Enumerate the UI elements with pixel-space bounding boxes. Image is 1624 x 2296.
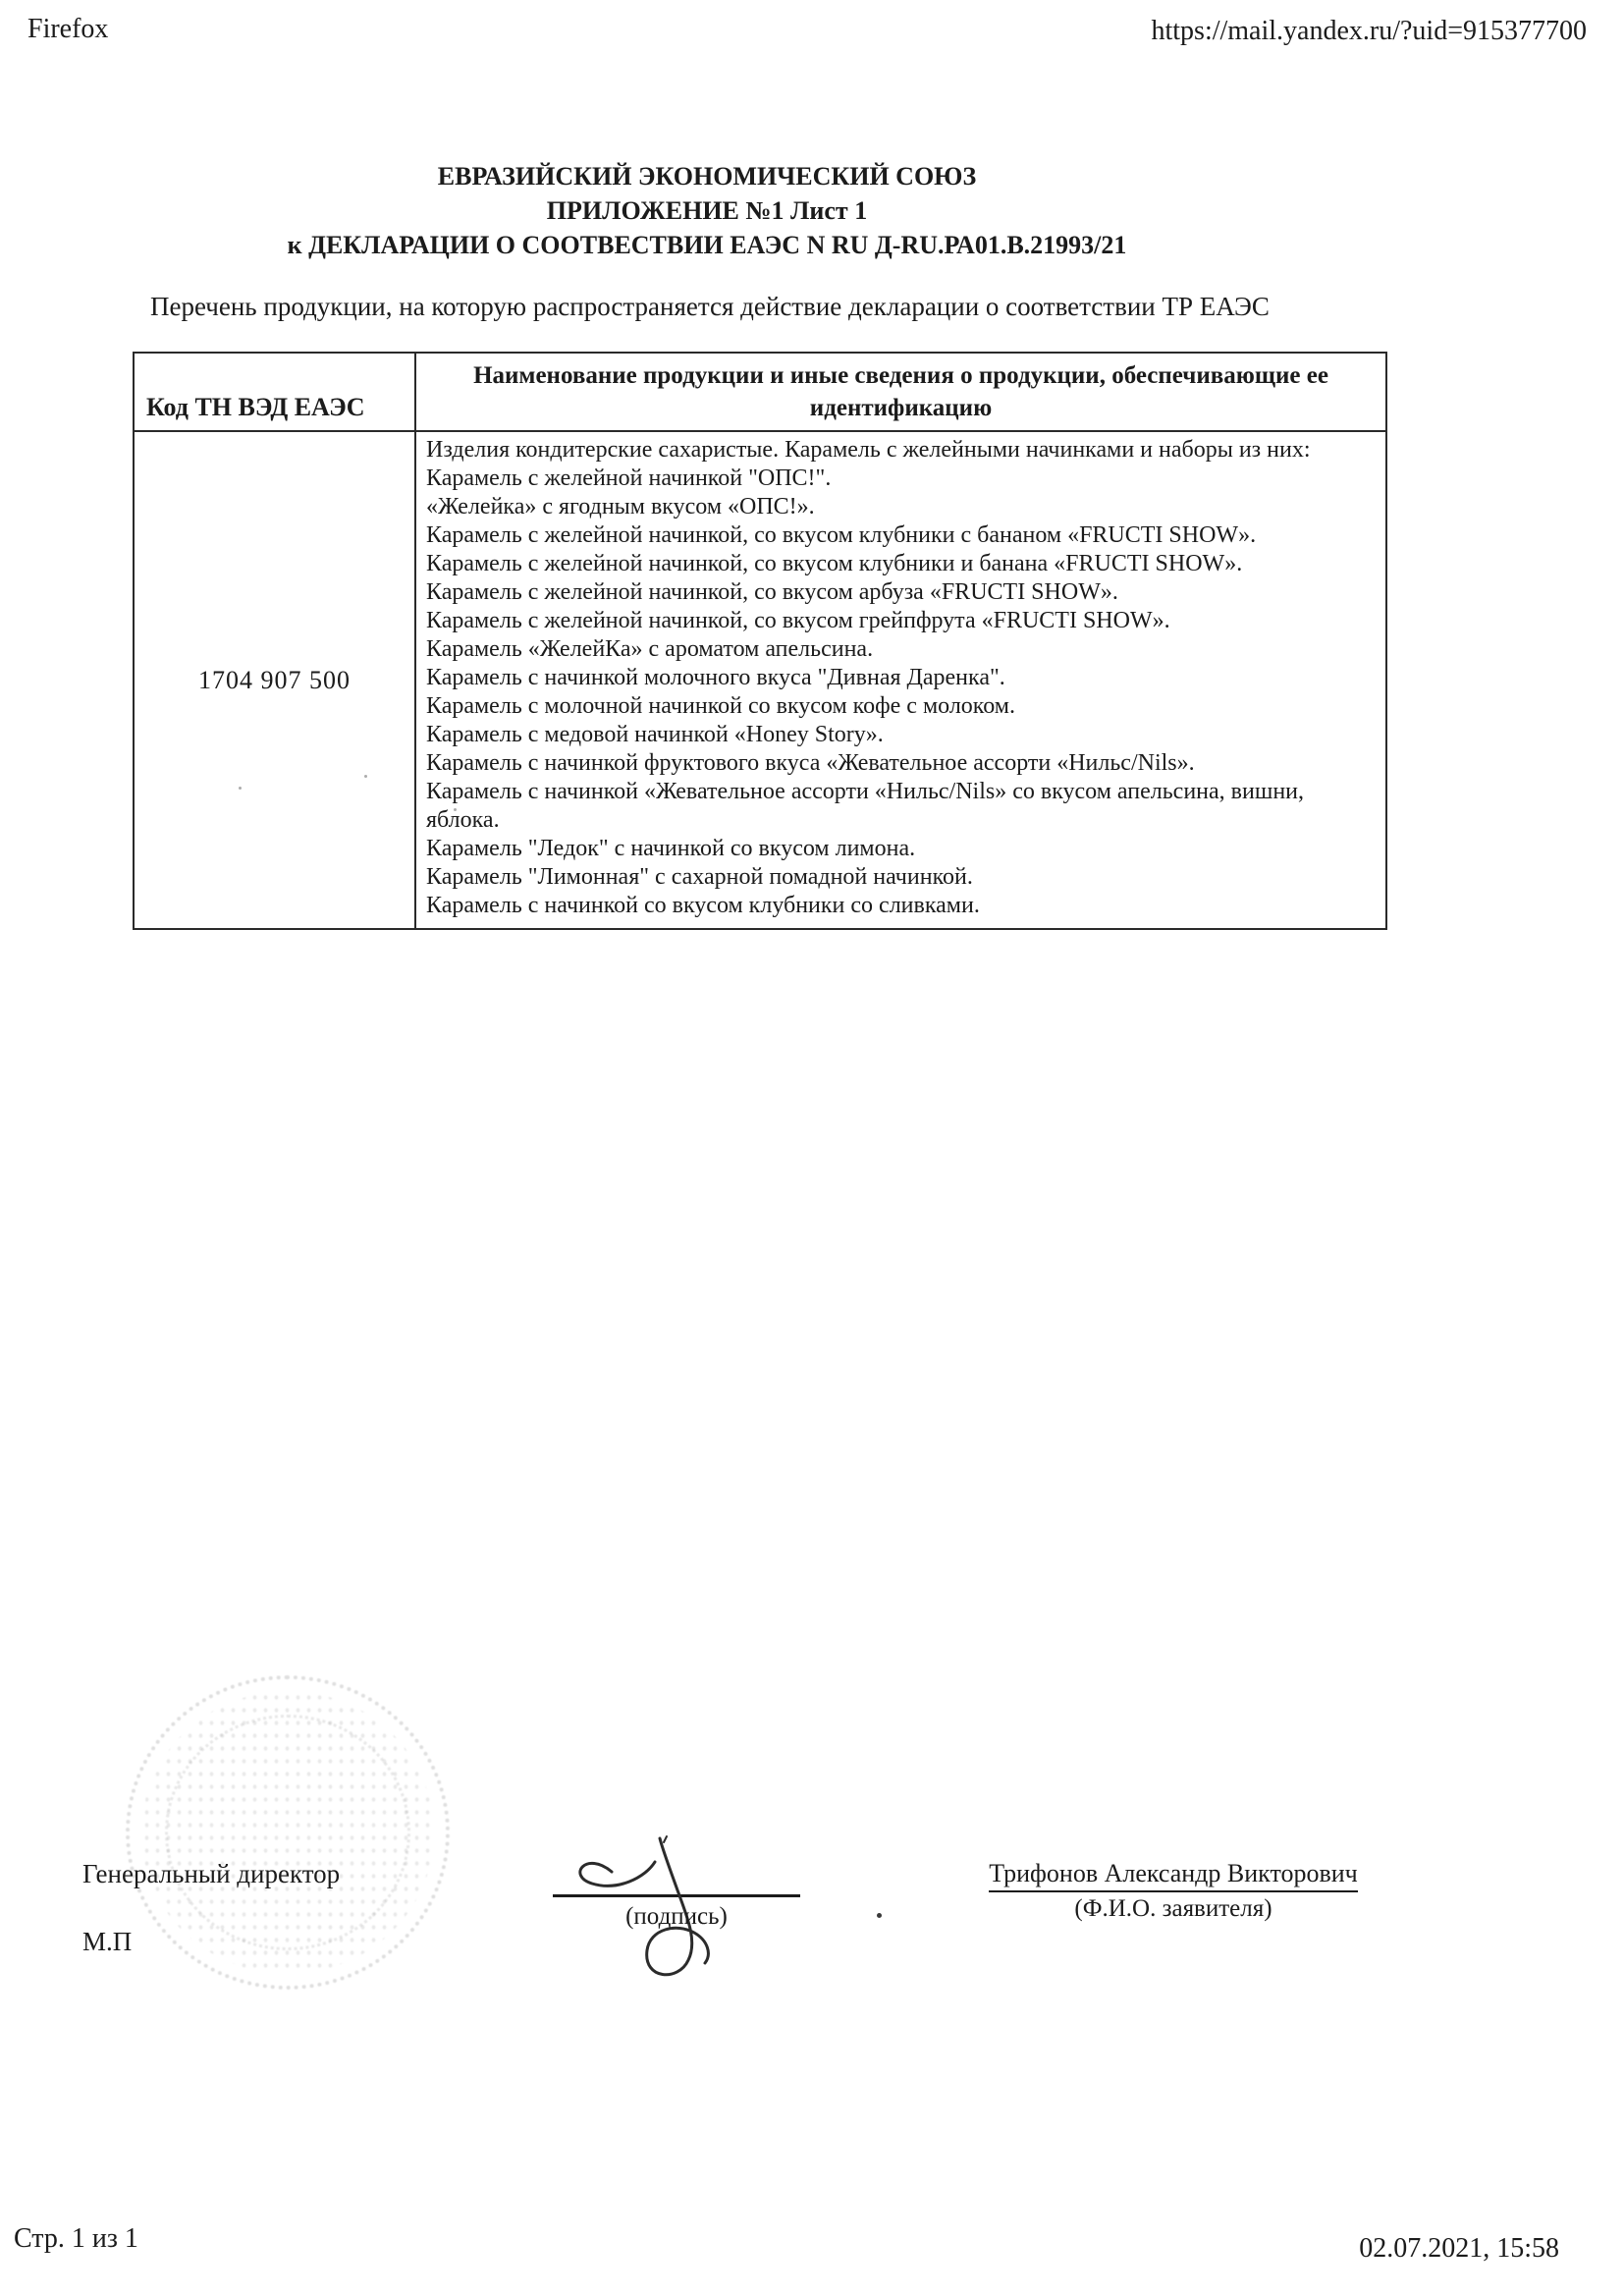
browser-app-label: Firefox — [27, 14, 108, 45]
table-header-row: Код ТН ВЭД ЕАЭС Наименование продукции и… — [135, 354, 1385, 432]
document-page: { "page": { "app_name": "Firefox", "url"… — [0, 0, 1624, 2296]
product-line: Карамель с молочной начинкой со вкусом к… — [426, 692, 1376, 721]
product-list: Изделия кондитерские сахаристые. Карамел… — [416, 432, 1385, 928]
product-table: Код ТН ВЭД ЕАЭС Наименование продукции и… — [133, 352, 1387, 930]
header-name-column: Наименование продукции и иные сведения о… — [416, 354, 1385, 430]
product-line: Карамель с начинкой «Жевательное ассорти… — [426, 778, 1376, 835]
product-line: Карамель с медовой начинкой «Honey Story… — [426, 721, 1376, 749]
footer-page-number: Стр. 1 из 1 — [14, 2223, 138, 2255]
applicant-caption: (Ф.И.О. заявителя) — [957, 1895, 1389, 1923]
product-list-intro: Перечень продукции, на которую распростр… — [150, 292, 1427, 322]
company-stamp-ghost — [126, 1675, 450, 1990]
scan-speck — [454, 808, 457, 811]
tnved-code: 1704 907 500 — [135, 432, 416, 928]
product-line: Карамель «ЖелейКа» с ароматом апельсина. — [426, 635, 1376, 664]
signature-caption: (подпись) — [553, 1903, 800, 1931]
product-line: Карамель "Лимонная" с сахарной помадной … — [426, 863, 1376, 892]
product-line: Карамель с желейной начинкой "ОПС!". — [426, 465, 1376, 493]
footer-datetime: 02.07.2021, 15:58 — [1359, 2233, 1559, 2265]
product-line: Карамель с начинкой молочного вкуса "Див… — [426, 664, 1376, 692]
page-url: https://mail.yandex.ru/?uid=915377700 — [1151, 16, 1587, 47]
product-line: Карамель с желейной начинкой, со вкусом … — [426, 521, 1376, 550]
product-line: Карамель "Ледок" с начинкой со вкусом ли… — [426, 835, 1376, 863]
applicant-block: Трифонов Александр Викторович (Ф.И.О. за… — [957, 1859, 1389, 1923]
scan-speck — [239, 787, 242, 790]
title-appendix: ПРИЛОЖЕНИЕ №1 Лист 1 — [79, 193, 1335, 228]
product-line: Карамель с начинкой фруктового вкуса «Же… — [426, 749, 1376, 778]
title-union: ЕВРАЗИЙСКИЙ ЭКОНОМИЧЕСКИЙ СОЮЗ — [79, 159, 1335, 193]
ink-dot — [877, 1913, 882, 1918]
product-line: Изделия кондитерские сахаристые. Карамел… — [426, 436, 1376, 465]
product-line: Карамель с желейной начинкой, со вкусом … — [426, 607, 1376, 635]
product-line: Карамель с начинкой со вкусом клубники с… — [426, 892, 1376, 920]
table-body-row: 1704 907 500 Изделия кондитерские сахари… — [135, 432, 1385, 928]
title-declaration-number: к ДЕКЛАРАЦИИ О СООТВЕСТВИИ ЕАЭС N RU Д-R… — [79, 228, 1335, 262]
document-title-block: ЕВРАЗИЙСКИЙ ЭКОНОМИЧЕСКИЙ СОЮЗ ПРИЛОЖЕНИ… — [79, 159, 1335, 262]
header-code-column: Код ТН ВЭД ЕАЭС — [135, 354, 416, 430]
product-line: Карамель с желейной начинкой, со вкусом … — [426, 550, 1376, 578]
director-title: Генеральный директор — [82, 1859, 340, 1889]
applicant-name: Трифонов Александр Викторович — [989, 1859, 1358, 1892]
product-line: «Желейка» с ягодным вкусом «ОПС!». — [426, 493, 1376, 521]
product-line: Карамель с желейной начинкой, со вкусом … — [426, 578, 1376, 607]
scan-speck — [364, 775, 367, 778]
seal-mark: М.П — [82, 1927, 132, 1957]
